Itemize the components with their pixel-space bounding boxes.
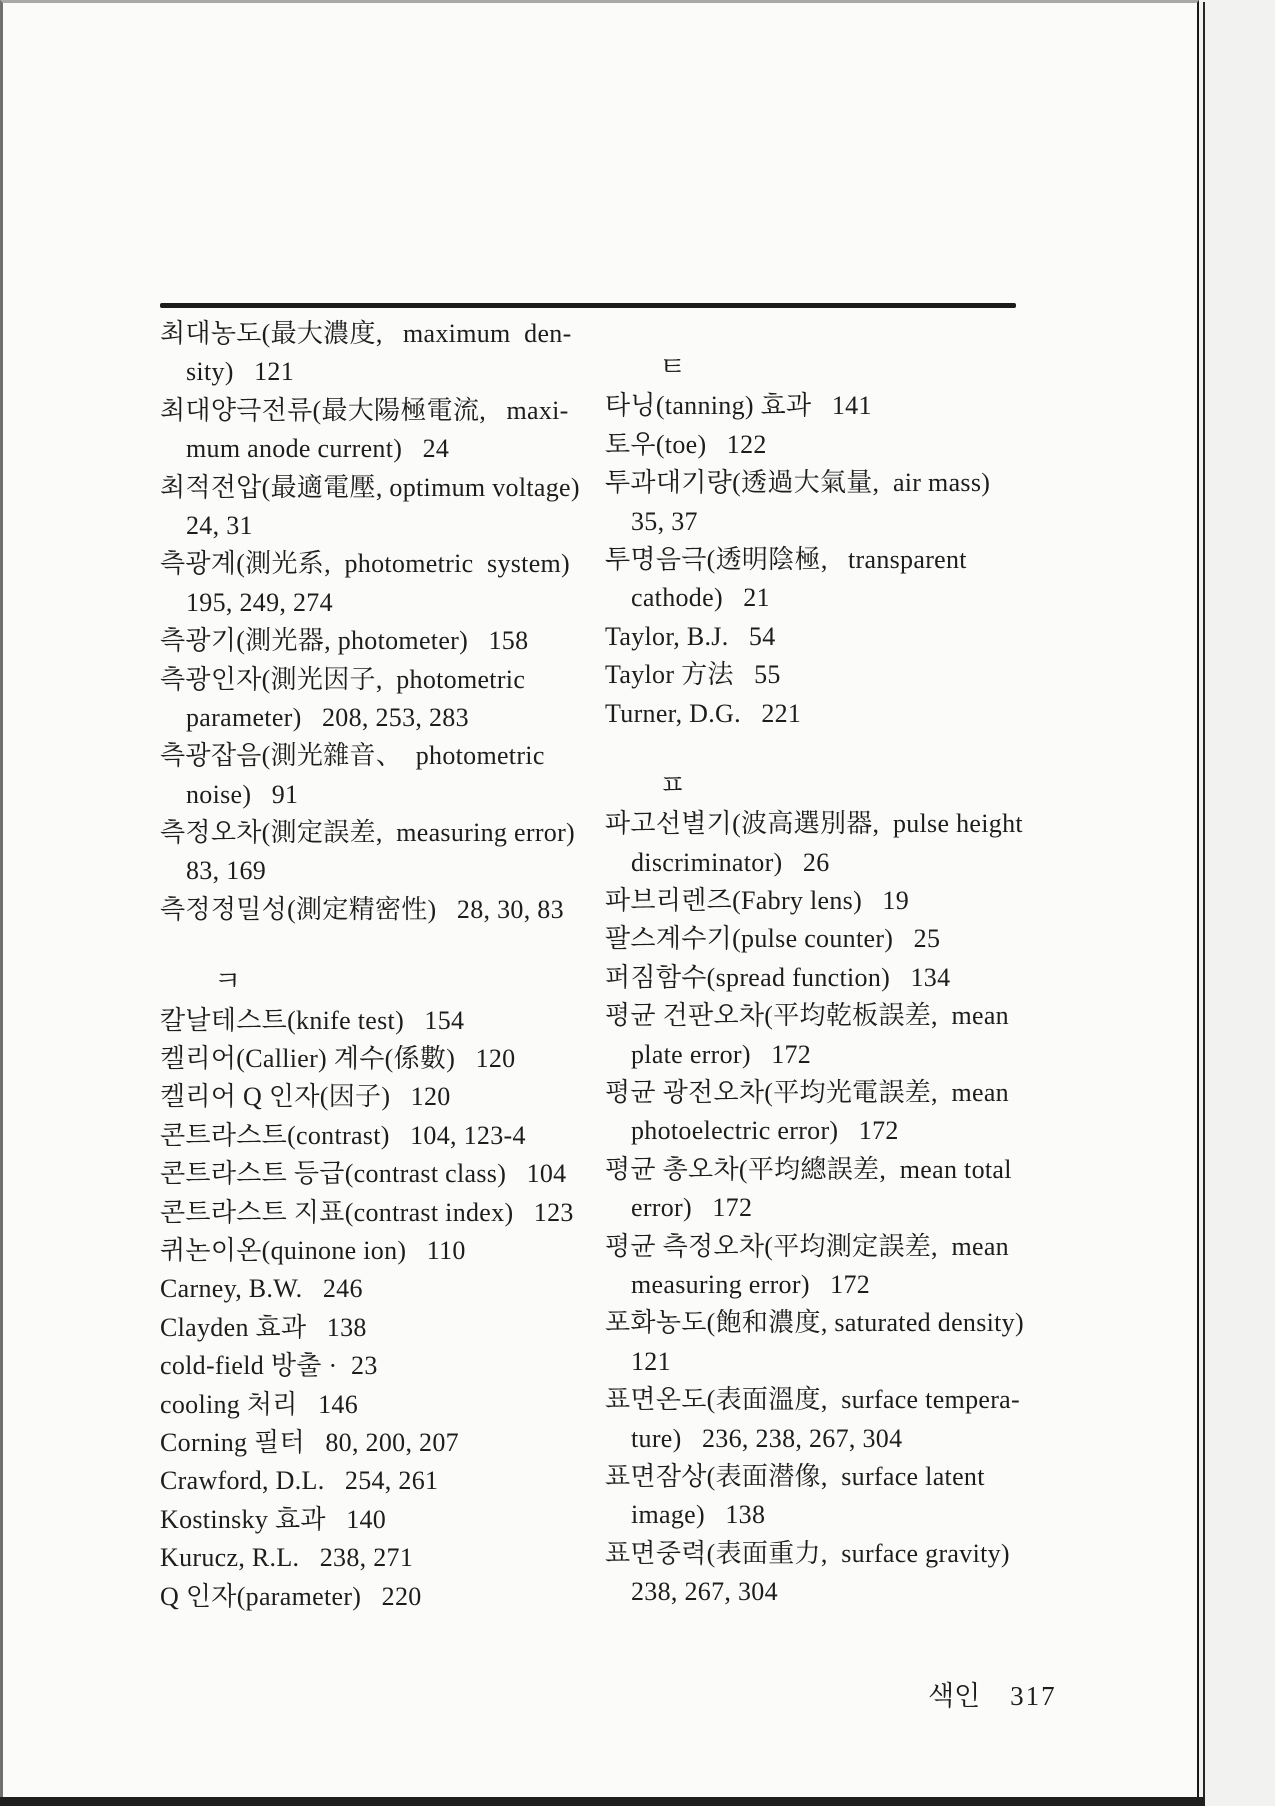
index-entry-line: 평균 총오차(平均總誤差, mean total bbox=[605, 1151, 1120, 1189]
index-entry-line: 타닝(tanning) 효과 141 bbox=[605, 387, 1120, 425]
index-entry-line: 표면온도(表面溫度, surface tempera- bbox=[605, 1381, 1120, 1419]
index-entry-line: 켈리어(Callier) 계수(係數) 120 bbox=[160, 1040, 638, 1078]
header-rule bbox=[160, 303, 1016, 308]
index-entry-line: 팔스계수기(pulse counter) 25 bbox=[605, 920, 1120, 958]
index-entry-line: 평균 광전오차(平均光電誤差, mean bbox=[605, 1074, 1120, 1112]
index-entry-line: 측광잡음(測光雜音、 photometric bbox=[160, 737, 638, 775]
index-entry-line: 퀴논이온(quinone ion) 110 bbox=[160, 1232, 638, 1270]
index-entry-line: Kurucz, R.L. 238, 271 bbox=[160, 1539, 638, 1577]
index-entry-line: 파고선별기(波高選別器, pulse height bbox=[605, 805, 1120, 843]
section-heading: ㅌ bbox=[605, 349, 1120, 387]
index-entry-line: 콘트라스트(contrast) 104, 123-4 bbox=[160, 1117, 638, 1155]
index-entry-line: mum anode current) 24 bbox=[160, 430, 638, 468]
index-entry-line: 파브리렌즈(Fabry lens) 19 bbox=[605, 882, 1120, 920]
index-entry-line: 표면잠상(表面潜像, surface latent bbox=[605, 1458, 1120, 1496]
index-entry-line: photoelectric error) 172 bbox=[605, 1112, 1120, 1150]
footer-page-number: 317 bbox=[1010, 1681, 1057, 1711]
index-entry-line: cold-field 방출 · 23 bbox=[160, 1347, 638, 1385]
index-entry-line: 칼날테스트(knife test) 154 bbox=[160, 1002, 638, 1040]
section-heading: ㅍ bbox=[605, 767, 1120, 805]
index-entry-line: Carney, B.W. 246 bbox=[160, 1270, 638, 1308]
footer-section-label: 색인 bbox=[928, 1681, 980, 1711]
index-entry-line: image) 138 bbox=[605, 1496, 1120, 1534]
index-entry-line: 83, 169 bbox=[160, 852, 638, 890]
index-entry-line: 측정정밀성(測定精密性) 28, 30, 83 bbox=[160, 891, 638, 929]
index-entry-line: 35, 37 bbox=[605, 503, 1120, 541]
index-entry-line: Corning 필터 80, 200, 207 bbox=[160, 1424, 638, 1462]
scan-edge-right-line bbox=[1203, 2, 1205, 1799]
index-entry-line: 24, 31 bbox=[160, 507, 638, 545]
index-entry-line: 최적전압(最適電壓, optimum voltage) bbox=[160, 469, 638, 507]
index-entry-line: measuring error) 172 bbox=[605, 1266, 1120, 1304]
page-footer: 색인317 bbox=[901, 1643, 1057, 1744]
index-entry-line: 측광인자(測光因子, photometric bbox=[160, 661, 638, 699]
scanned-book-page: 최대농도(最大濃度, maximum den-sity) 121최대양극전류(最… bbox=[0, 0, 1199, 1799]
index-entry-line: 최대농도(最大濃度, maximum den- bbox=[160, 315, 638, 353]
index-entry-line: noise) 91 bbox=[160, 776, 638, 814]
index-entry-line: 최대양극전류(最大陽極電流, maxi- bbox=[160, 392, 638, 430]
index-entry-line: 콘트라스트 지표(contrast index) 123 bbox=[160, 1194, 638, 1232]
index-entry-line: 투과대기량(透過大氣量, air mass) bbox=[605, 464, 1120, 502]
index-entry-line: sity) 121 bbox=[160, 353, 638, 391]
index-entry-line: Kostinsky 효과 140 bbox=[160, 1501, 638, 1539]
index-entry-line: plate error) 172 bbox=[605, 1036, 1120, 1074]
index-entry-line: 퍼짐함수(spread function) 134 bbox=[605, 959, 1120, 997]
index-entry-line: cathode) 21 bbox=[605, 579, 1120, 617]
index-entry-line: 평균 건판오차(平均乾板誤差, mean bbox=[605, 997, 1120, 1035]
index-entry-line: 표면중력(表面重力, surface gravity) bbox=[605, 1535, 1120, 1573]
index-entry-line: 평균 측정오차(平均測定誤差, mean bbox=[605, 1228, 1120, 1266]
scan-edge-bottom-band bbox=[0, 1797, 1205, 1806]
index-entry-line: parameter) 208, 253, 283 bbox=[160, 699, 638, 737]
index-entry-line: Crawford, D.L. 254, 261 bbox=[160, 1462, 638, 1500]
index-entry-line: 121 bbox=[605, 1343, 1120, 1381]
index-entry-line: Turner, D.G. 221 bbox=[605, 695, 1120, 733]
index-entry-line: discriminator) 26 bbox=[605, 844, 1120, 882]
index-entry-line: 콘트라스트 등급(contrast class) 104 bbox=[160, 1155, 638, 1193]
index-entry-line: 238, 267, 304 bbox=[605, 1573, 1120, 1611]
index-entry-line: Taylor, B.J. 54 bbox=[605, 618, 1120, 656]
index-entry-line: error) 172 bbox=[605, 1189, 1120, 1227]
index-entry-line: 포화농도(飽和濃度, saturated density) bbox=[605, 1304, 1120, 1342]
index-entry-line: 측광기(測光器, photometer) 158 bbox=[160, 622, 638, 660]
index-entry-line: 투명음극(透明陰極, transparent bbox=[605, 541, 1120, 579]
index-entry-line: Clayden 효과 138 bbox=[160, 1309, 638, 1347]
index-entry-line: 켈리어 Q 인자(因子) 120 bbox=[160, 1078, 638, 1116]
index-entry-line: 측광계(測光系, photometric system) bbox=[160, 545, 638, 583]
index-entry-line: ture) 236, 238, 267, 304 bbox=[605, 1420, 1120, 1458]
index-entry-line: Taylor 方法 55 bbox=[605, 656, 1120, 694]
index-entry-line: 토우(toe) 122 bbox=[605, 426, 1120, 464]
index-column-right: ㅌ타닝(tanning) 효과 141토우(toe) 122투과대기량(透過大氣… bbox=[605, 315, 1120, 1612]
index-entry-line: 195, 249, 274 bbox=[160, 584, 638, 622]
index-entry-line: Q 인자(parameter) 220 bbox=[160, 1578, 638, 1616]
index-column-left: 최대농도(最大濃度, maximum den-sity) 121최대양극전류(最… bbox=[160, 315, 638, 1616]
section-heading: ㅋ bbox=[160, 963, 638, 1001]
index-entry-line: 측정오차(測定誤差, measuring error) bbox=[160, 814, 638, 852]
index-entry-line: cooling 처리 146 bbox=[160, 1386, 638, 1424]
